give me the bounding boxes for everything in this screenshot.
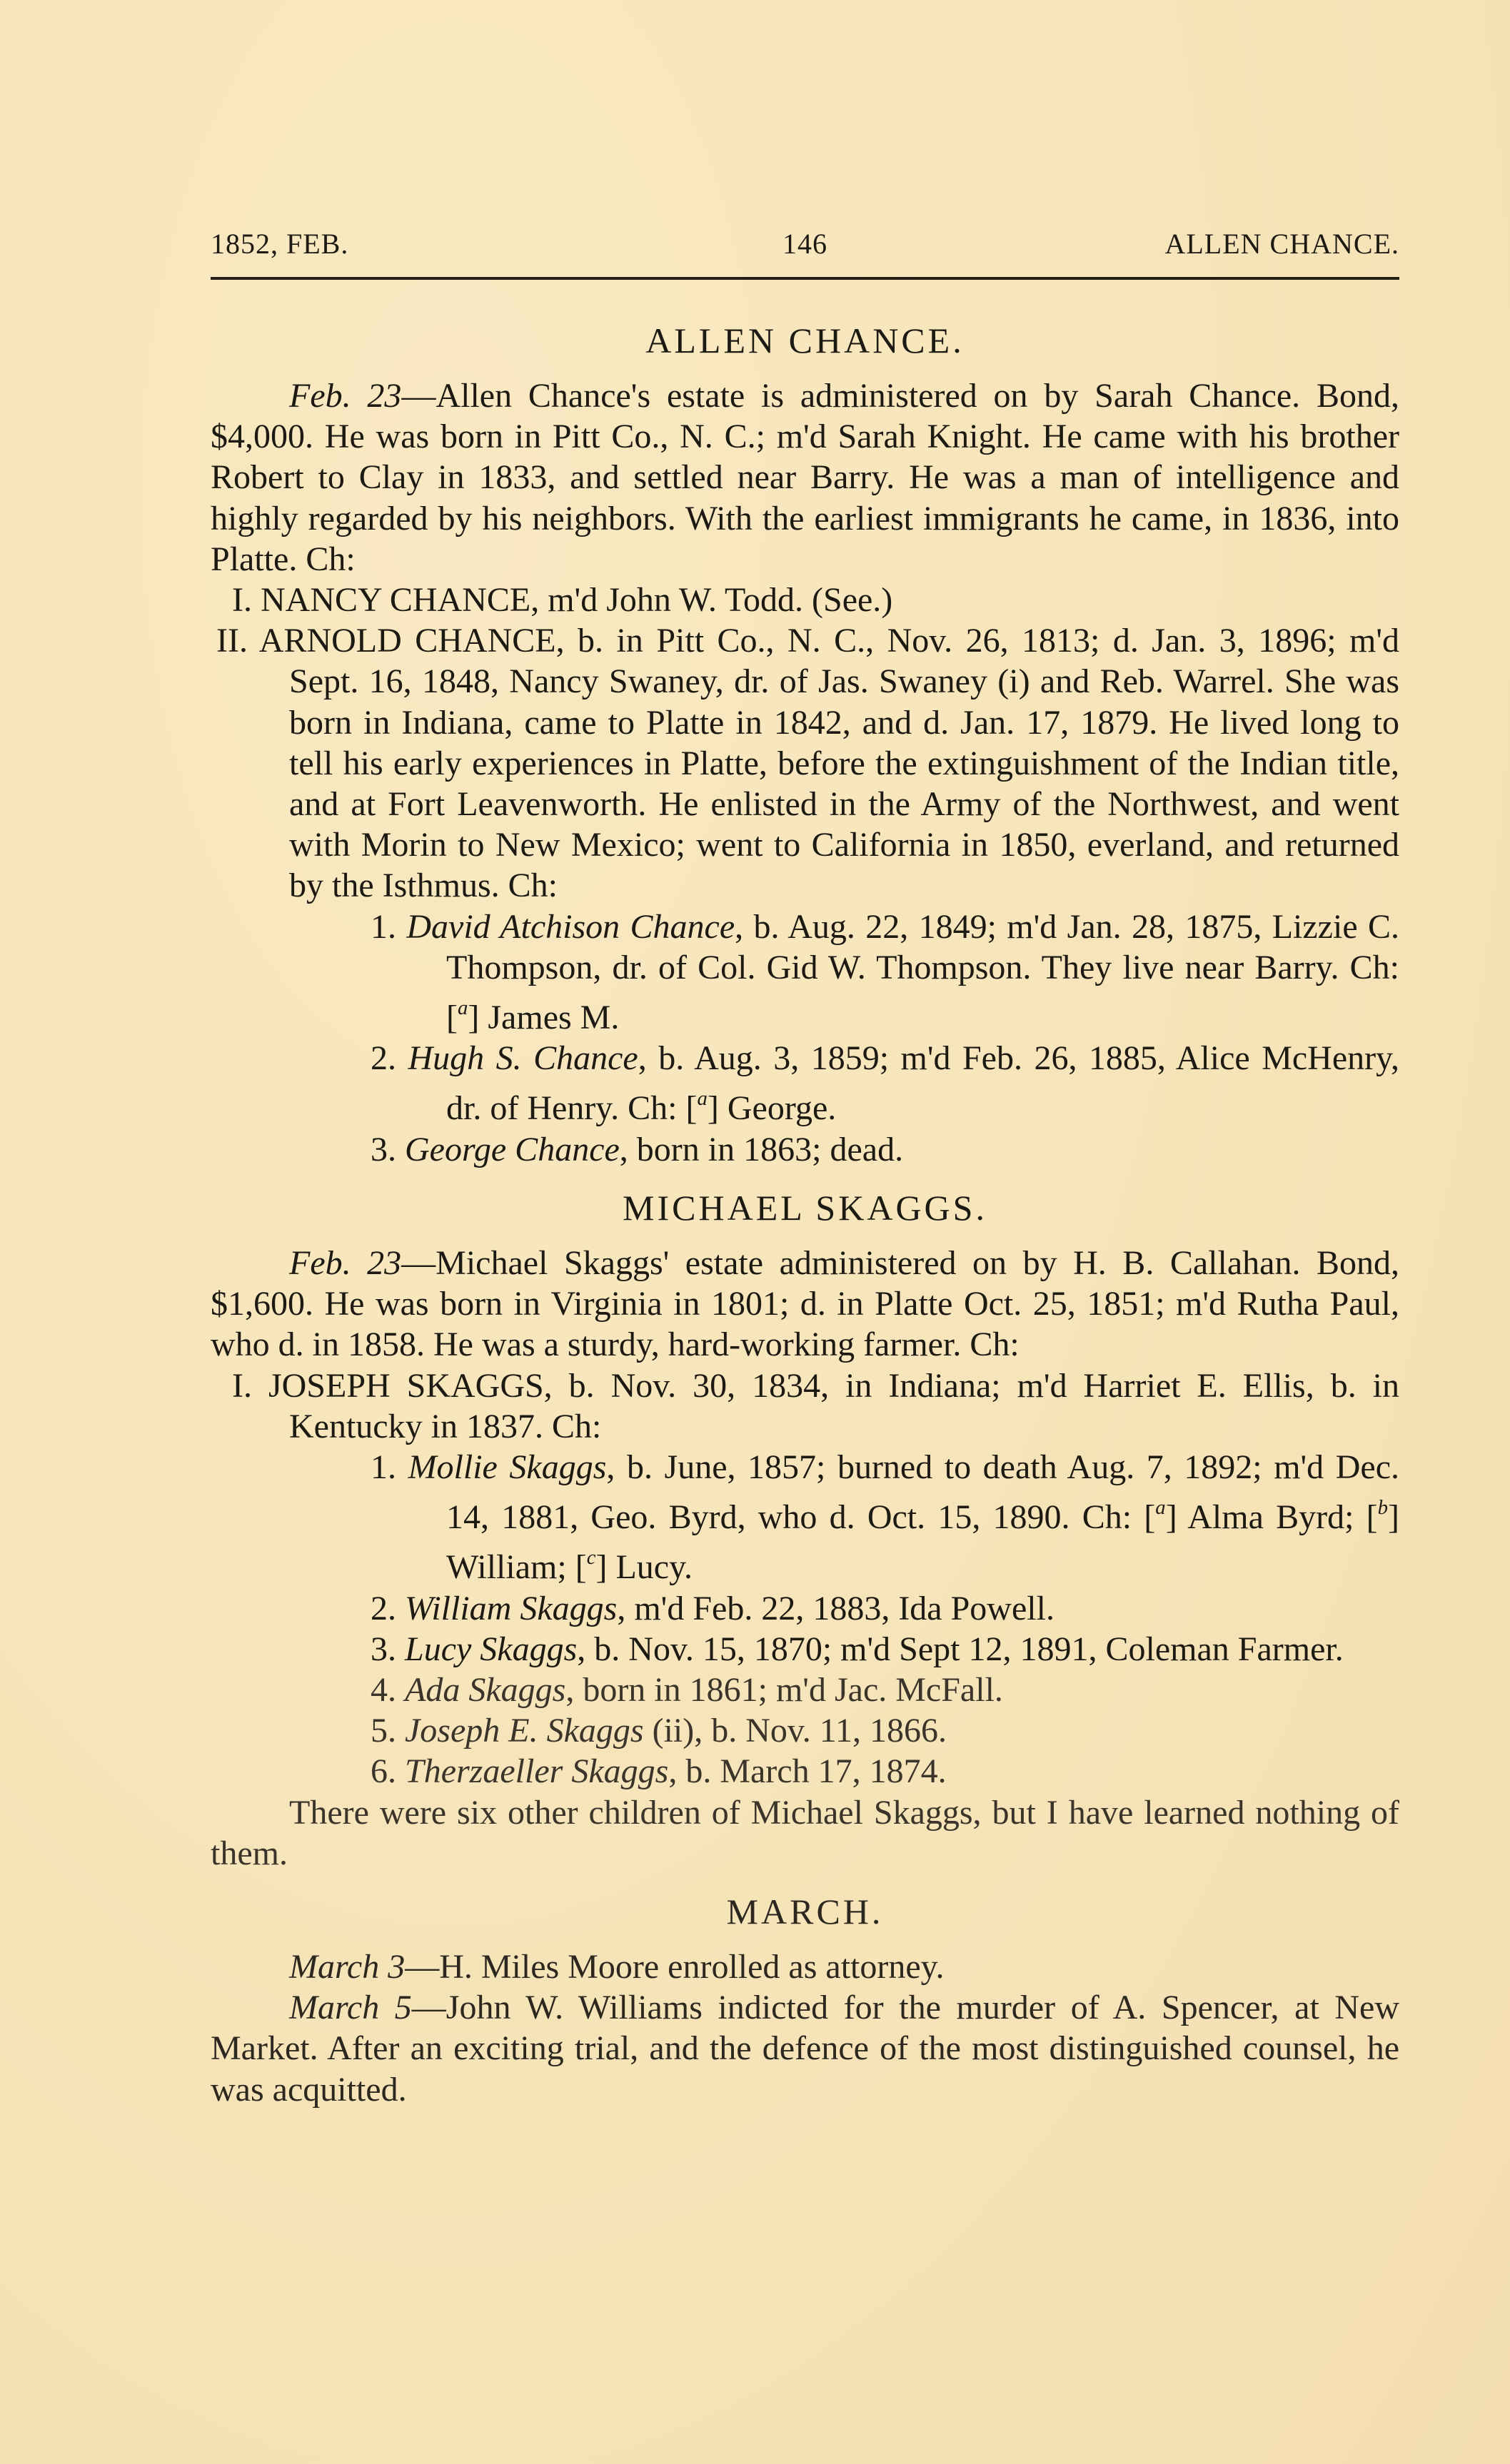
- grandchild-entry: 5. Joseph E. Skaggs (ii), b. Nov. 11, 18…: [211, 1710, 1399, 1751]
- issue-mark: c: [587, 1546, 596, 1569]
- grandchild-name: Lucy Skaggs: [405, 1630, 577, 1668]
- grandchild-text: (ii), b. Nov. 11, 1866.: [644, 1712, 947, 1749]
- grandchild-number: 2.: [371, 1590, 396, 1627]
- entry-date: Feb. 23: [289, 1244, 401, 1282]
- child-entry: II. ARNOLD CHANCE, b. in Pitt Co., N. C.…: [211, 620, 1399, 906]
- grandchild-entry: 4. Ada Skaggs, born in 1861; m'd Jac. Mc…: [211, 1670, 1399, 1710]
- entry-date: March 3: [289, 1948, 405, 1986]
- section-title: MARCH.: [211, 1887, 1399, 1937]
- issue-name: George.: [728, 1089, 836, 1127]
- grandchild-entry: 6. Therzaeller Skaggs, b. March 17, 1874…: [211, 1751, 1399, 1792]
- grandchild-entry: 2. Hugh S. Chance, b. Aug. 3, 1859; m'd …: [211, 1038, 1399, 1129]
- grandchild-entry: 1. David Atchison Chance, b. Aug. 22, 18…: [211, 907, 1399, 1039]
- entry-paragraph: March 3—H. Miles Moore enrolled as attor…: [211, 1947, 1399, 1987]
- section-march: MARCH. March 3—H. Miles Moore enrolled a…: [211, 1887, 1399, 2110]
- running-head: 1852, FEB. 146 ALLEN CHANCE.: [211, 227, 1399, 270]
- child-text: ARNOLD CHANCE, b. in Pitt Co., N. C., No…: [259, 622, 1399, 904]
- grandchild-number: 3.: [371, 1131, 396, 1168]
- page-body: ALLEN CHANCE. Feb. 23—Allen Chance's est…: [211, 315, 1399, 2110]
- entry-date: Feb. 23: [289, 377, 401, 415]
- child-text: JOSEPH SKAGGS, b. Nov. 30, 1834, in Indi…: [268, 1367, 1399, 1445]
- grandchild-number: 3.: [371, 1630, 396, 1668]
- grandchild-name: Therzaeller Skaggs: [405, 1752, 668, 1790]
- section-title: ALLEN CHANCE.: [211, 315, 1399, 365]
- child-text: NANCY CHANCE, m'd John W. Todd. (See.): [261, 581, 892, 619]
- grandchild-text: , b. March 17, 1874.: [668, 1752, 946, 1790]
- issue-name: James M.: [488, 999, 619, 1036]
- header-rule: [211, 277, 1399, 280]
- child-numeral: I.: [232, 1367, 252, 1405]
- grandchild-number: 6.: [371, 1752, 396, 1790]
- entry-paragraph: Feb. 23—Michael Skaggs' estate administe…: [211, 1243, 1399, 1365]
- grandchild-name: Mollie Skaggs: [408, 1448, 607, 1486]
- entry-date: March 5: [289, 1989, 412, 2026]
- grandchild-name: Ada Skaggs: [405, 1671, 565, 1709]
- issue-name: William;: [446, 1548, 567, 1586]
- grandchild-name: William Skaggs: [405, 1590, 617, 1627]
- issue-name: Lucy.: [615, 1548, 693, 1586]
- grandchild-text: , b. Nov. 15, 1870; m'd Sept 12, 1891, C…: [577, 1630, 1343, 1668]
- issue-mark: a: [1155, 1496, 1165, 1519]
- grandchild-text: , born in 1861; m'd Jac. McFall.: [565, 1671, 1003, 1709]
- section-michael-skaggs: MICHAEL SKAGGS. Feb. 23—Michael Skaggs' …: [211, 1183, 1399, 1874]
- grandchild-entry: 2. William Skaggs, m'd Feb. 22, 1883, Id…: [211, 1588, 1399, 1629]
- issue-mark: b: [1378, 1496, 1388, 1519]
- child-entry: I. JOSEPH SKAGGS, b. Nov. 30, 1834, in I…: [211, 1365, 1399, 1447]
- running-head-title: ALLEN CHANCE.: [1164, 227, 1399, 261]
- grandchild-entry: 1. Mollie Skaggs, b. June, 1857; burned …: [211, 1447, 1399, 1588]
- child-numeral: II.: [216, 622, 248, 660]
- closing-paragraph: There were six other children of Michael…: [211, 1792, 1399, 1874]
- grandchild-number: 4.: [371, 1671, 396, 1709]
- grandchild-number: 1.: [371, 908, 396, 946]
- issue-mark: a: [458, 996, 468, 1019]
- entry-paragraph: Feb. 23—Allen Chance's estate is adminis…: [211, 375, 1399, 580]
- grandchild-text: , m'd Feb. 22, 1883, Ida Powell.: [617, 1590, 1055, 1627]
- grandchild-number: 1.: [371, 1448, 396, 1486]
- grandchild-text: , born in 1863; dead.: [620, 1131, 903, 1168]
- grandchild-name: David Atchison Chance: [406, 908, 735, 946]
- issue-mark: a: [698, 1087, 708, 1110]
- entry-paragraph: March 5—John W. Williams indicted for th…: [211, 1987, 1399, 2110]
- section-title: MICHAEL SKAGGS.: [211, 1183, 1399, 1233]
- entry-text: —H. Miles Moore enrolled as attorney.: [405, 1948, 944, 1986]
- grandchild-entry: 3. George Chance, born in 1863; dead.: [211, 1129, 1399, 1170]
- grandchild-name: George Chance: [405, 1131, 620, 1168]
- grandchild-number: 5.: [371, 1712, 396, 1749]
- child-entry: I. NANCY CHANCE, m'd John W. Todd. (See.…: [211, 580, 1399, 620]
- grandchild-name: Hugh S. Chance: [408, 1039, 638, 1077]
- grandchild-number: 2.: [371, 1039, 396, 1077]
- grandchild-name: Joseph E. Skaggs: [405, 1712, 644, 1749]
- child-numeral: I.: [232, 581, 252, 619]
- grandchild-entry: 3. Lucy Skaggs, b. Nov. 15, 1870; m'd Se…: [211, 1629, 1399, 1670]
- issue-name: Alma Byrd;: [1187, 1498, 1354, 1536]
- section-allen-chance: ALLEN CHANCE. Feb. 23—Allen Chance's est…: [211, 315, 1399, 1170]
